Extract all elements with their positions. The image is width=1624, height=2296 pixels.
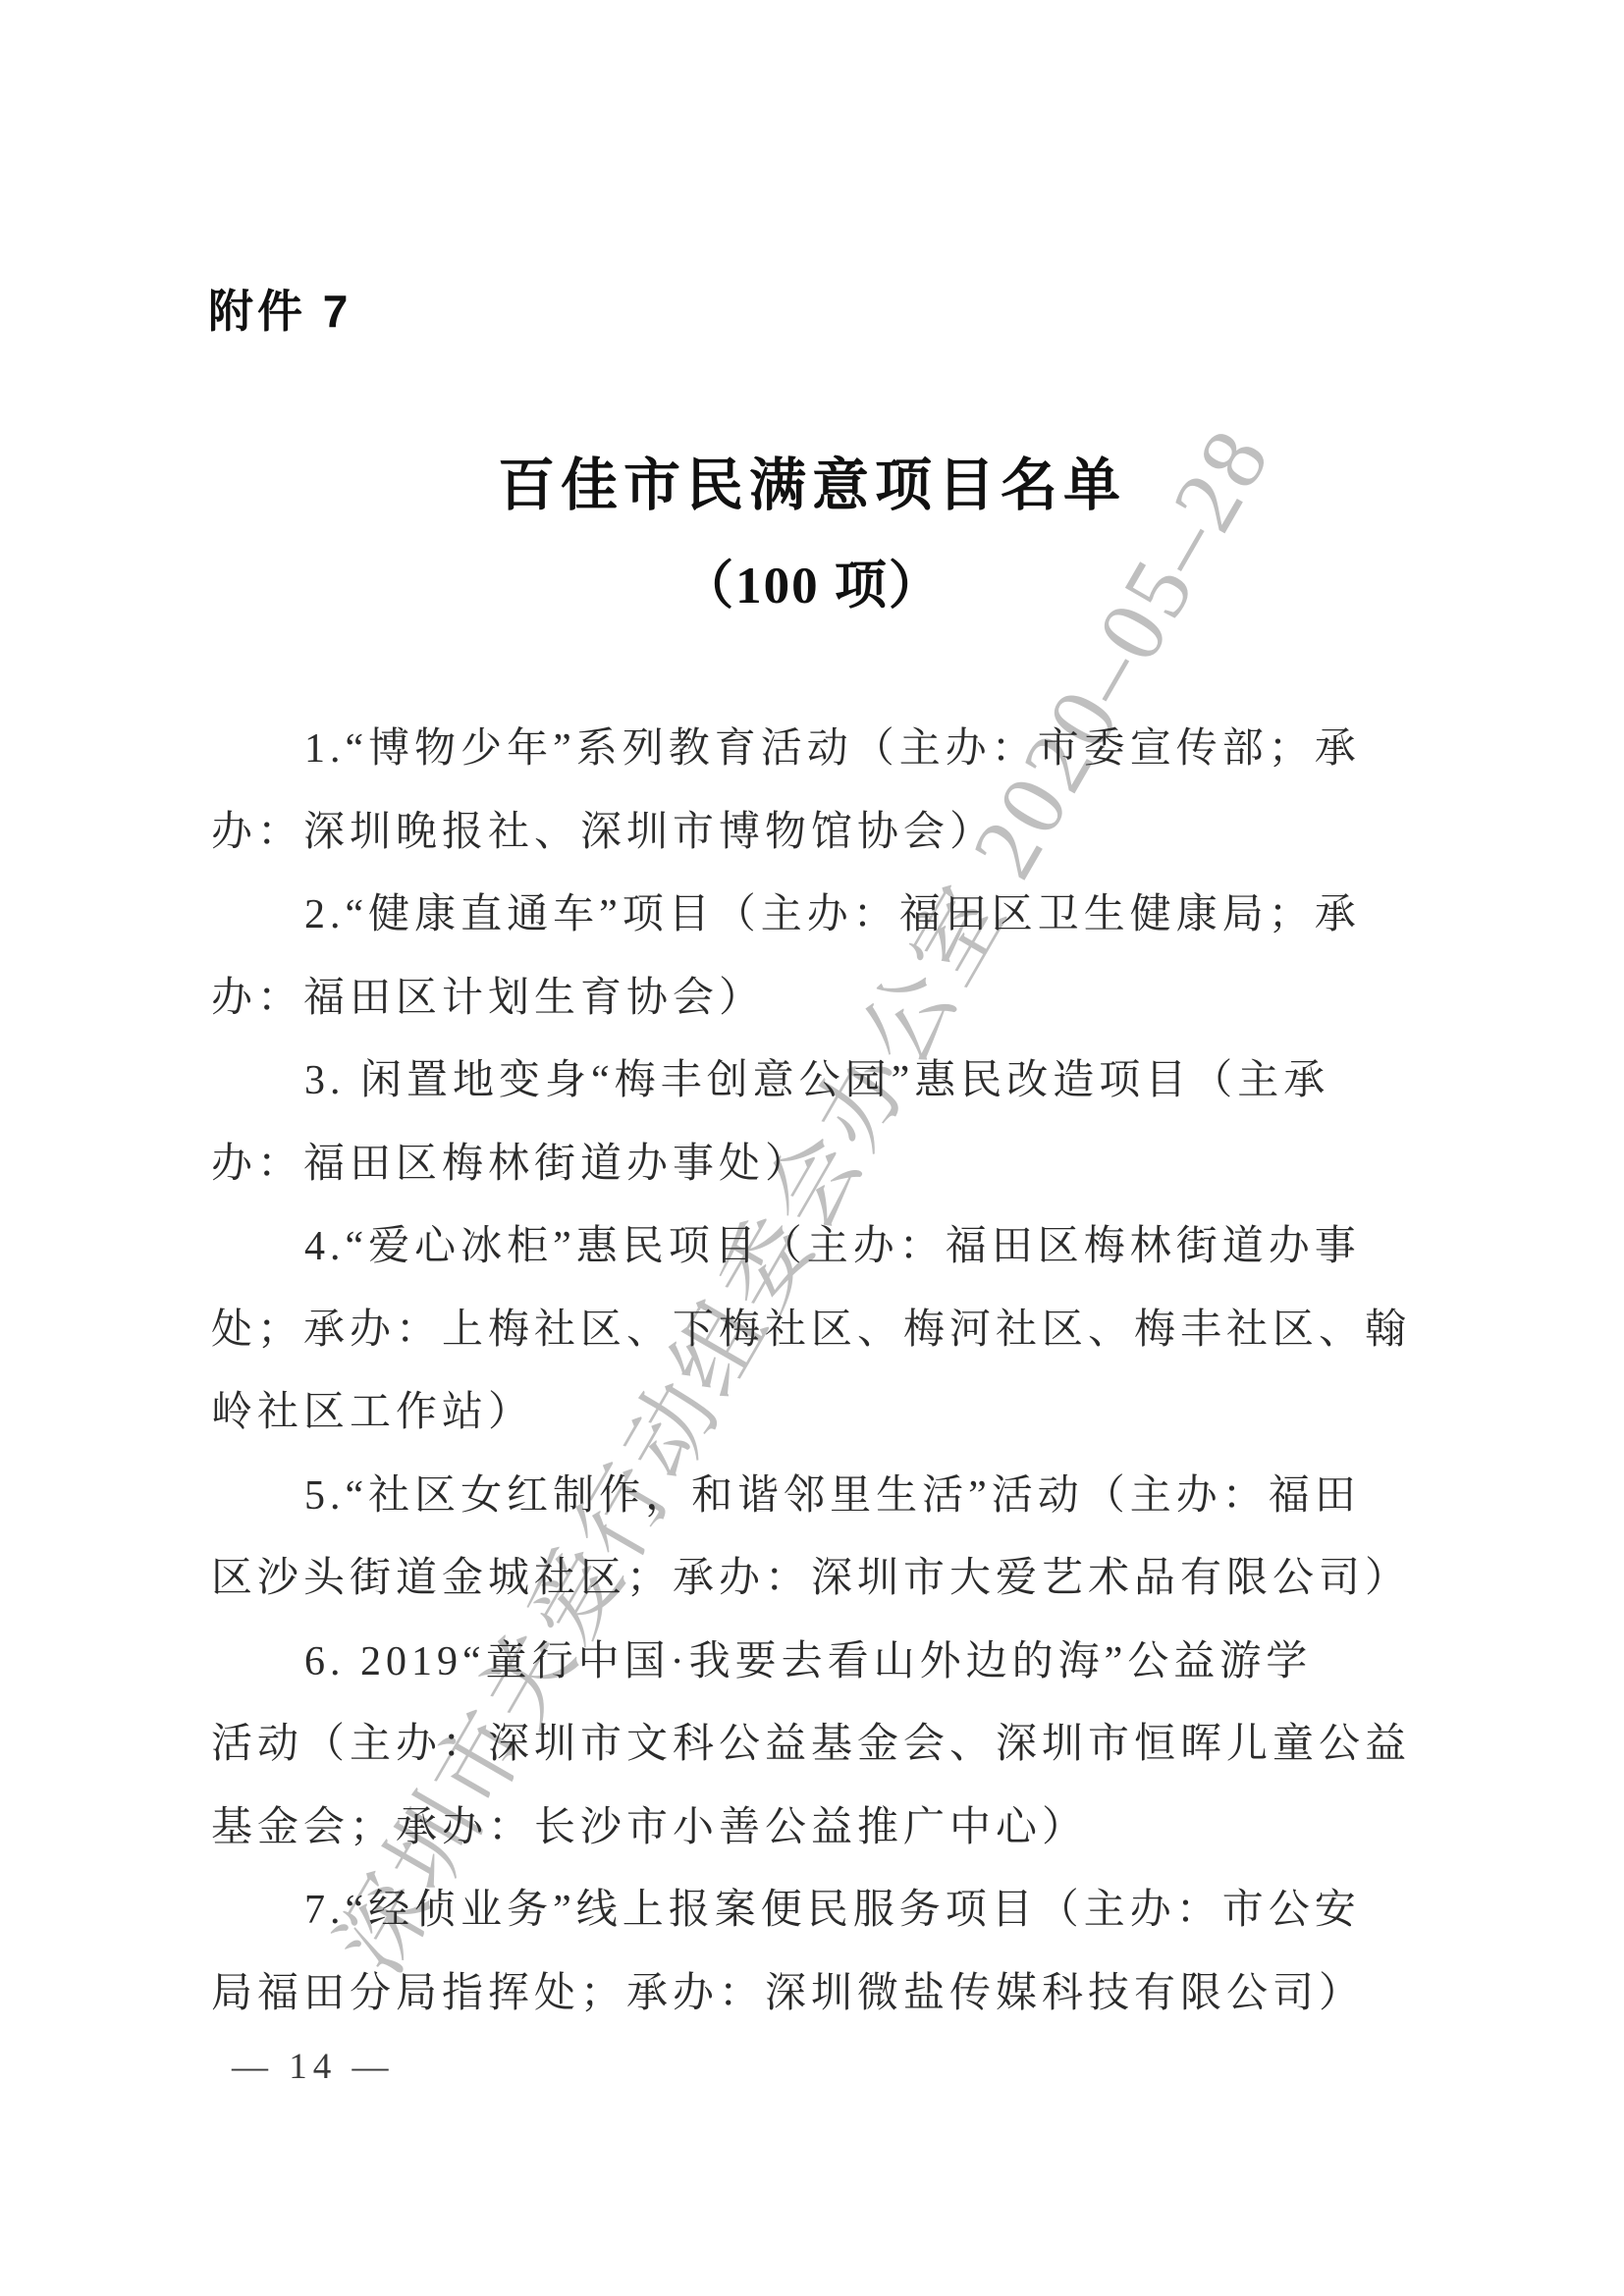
list-line: 4.“爱心冰柜”惠民项目（主办：福田区梅林街道办事 xyxy=(211,1205,1415,1289)
document-page: 深圳市关爱行动组委会办公室 2020–05–28 附件 7 百佳市民满意项目名单… xyxy=(0,0,1624,2296)
list-line: 区沙头街道金城社区；承办：深圳市大爱艺术品有限公司） xyxy=(211,1537,1415,1621)
list-line: 活动（主办：深圳市文科公益基金会、深圳市恒晖儿童公益 xyxy=(211,1703,1415,1787)
list-line: 1.“博物少年”系列教育活动（主办：市委宣传部；承 xyxy=(211,708,1415,791)
list-line: 5.“社区女红制作，和谐邻里生活”活动（主办：福田 xyxy=(211,1455,1415,1538)
page-content: 附件 7 百佳市民满意项目名单 （100 项） 1.“博物少年”系列教育活动（主… xyxy=(0,0,1624,2296)
list-line: 基金会；承办：长沙市小善公益推广中心） xyxy=(211,1787,1415,1870)
project-list: 1.“博物少年”系列教育活动（主办：市委宣传部；承办：深圳晚报社、深圳市博物馆协… xyxy=(211,708,1415,2035)
list-line: 3. 闲置地变身“梅丰创意公园”惠民改造项目（主承 xyxy=(211,1040,1415,1123)
list-line: 办：深圳晚报社、深圳市博物馆协会） xyxy=(211,791,1415,875)
list-line: 6. 2019“童行中国·我要去看山外边的海”公益游学 xyxy=(211,1621,1415,1704)
list-line: 处；承办：上梅社区、下梅社区、梅河社区、梅丰社区、翰 xyxy=(211,1289,1415,1372)
list-line: 局福田分局指挥处；承办：深圳微盐传媒科技有限公司） xyxy=(211,1952,1415,2036)
list-line: 2.“健康直通车”项目（主办：福田区卫生健康局；承 xyxy=(211,874,1415,957)
document-title: 百佳市民满意项目名单 xyxy=(211,439,1413,521)
list-line: 办：福田区梅林街道办事处） xyxy=(211,1123,1415,1206)
list-line: 办：福田区计划生育协会） xyxy=(211,957,1415,1041)
list-line: 7.“经侦业务”线上报案便民服务项目（主办：市公安 xyxy=(211,1869,1415,1952)
document-subtitle: （100 项） xyxy=(211,544,1413,618)
attachment-label: 附件 7 xyxy=(208,276,352,341)
list-line: 岭社区工作站） xyxy=(211,1371,1415,1455)
page-number: — 14 — xyxy=(232,2046,395,2088)
